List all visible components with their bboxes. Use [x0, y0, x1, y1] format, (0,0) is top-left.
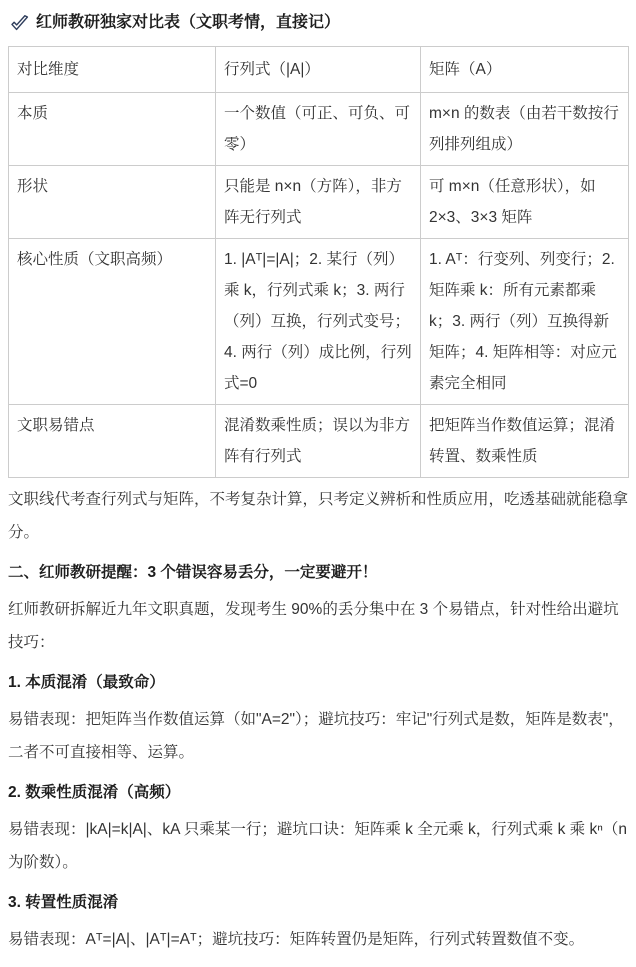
comparison-table: 对比维度 行列式（|A|） 矩阵（A） 本质 一个数值（可正、可负、可零） m×…: [8, 46, 629, 478]
cell-determinant: 1. |Aᵀ|=|A|；2. 某行（列）乘 k，行列式乘 k；3. 两行（列）互…: [216, 239, 421, 405]
row-label: 本质: [9, 93, 216, 166]
table-header-row: 对比维度 行列式（|A|） 矩阵（A）: [9, 47, 629, 93]
mistake-1-body: 易错表现：把矩阵当作数值运算（如"A=2"）；避坑技巧：牢记"行列式是数，矩阵是…: [8, 703, 628, 769]
row-label: 核心性质（文职高频）: [9, 239, 216, 405]
mistake-1-heading: 1. 本质混淆（最致命）: [8, 667, 628, 698]
mistake-2-body: 易错表现：|kA|=k|A|、kA 只乘某一行；避坑口诀：矩阵乘 k 全元乘 k…: [8, 813, 628, 879]
mistake-3-heading: 3. 转置性质混淆: [8, 887, 628, 918]
table-row-common-mistakes: 文职易错点 混淆数乘性质；误以为非方阵有行列式 把矩阵当作数值运算；混淆转置、数…: [9, 405, 629, 478]
cell-determinant: 只能是 n×n（方阵），非方阵无行列式: [216, 166, 421, 239]
cell-matrix: 1. Aᵀ：行变列、列变行；2. 矩阵乘 k：所有元素都乘 k；3. 两行（列）…: [421, 239, 629, 405]
column-header-determinant: 行列式（|A|）: [216, 47, 421, 93]
section-intro: 红师教研拆解近九年文职真题，发现考生 90%的丢分集中在 3 个易错点，针对性给…: [8, 593, 628, 659]
cell-determinant: 一个数值（可正、可负、可零）: [216, 93, 421, 166]
column-header-dimension: 对比维度: [9, 47, 216, 93]
table-row-shape: 形状 只能是 n×n（方阵），非方阵无行列式 可 m×n（任意形状），如 2×3…: [9, 166, 629, 239]
mistake-2-heading: 2. 数乘性质混淆（高频）: [8, 777, 628, 808]
row-label: 文职易错点: [9, 405, 216, 478]
cell-matrix: 可 m×n（任意形状），如 2×3、3×3 矩阵: [421, 166, 629, 239]
document: 红师教研独家对比表（文职考情，直接记） 对比维度 行列式（|A|） 矩阵（A） …: [0, 0, 636, 967]
document-title: 红师教研独家对比表（文职考情，直接记）: [10, 12, 628, 34]
check-icon: [10, 14, 29, 33]
table-note: 文职线代考查行列式与矩阵，不考复杂计算，只考定义辨析和性质应用，吃透基础就能稳拿…: [8, 483, 628, 549]
document-title-text: 红师教研独家对比表（文职考情，直接记）: [36, 12, 340, 34]
table-row-core-properties: 核心性质（文职高频） 1. |Aᵀ|=|A|；2. 某行（列）乘 k，行列式乘 …: [9, 239, 629, 405]
section-heading: 二、红师教研提醒：3 个错误容易丢分，一定要避开！: [8, 557, 628, 588]
column-header-matrix: 矩阵（A）: [421, 47, 629, 93]
mistake-3-body: 易错表现：Aᵀ=|A|、|Aᵀ|=Aᵀ；避坑技巧：矩阵转置仍是矩阵，行列式转置数…: [8, 923, 628, 956]
cell-determinant: 混淆数乘性质；误以为非方阵有行列式: [216, 405, 421, 478]
row-label: 形状: [9, 166, 216, 239]
cell-matrix: m×n 的数表（由若干数按行列排列组成）: [421, 93, 629, 166]
cell-matrix: 把矩阵当作数值运算；混淆转置、数乘性质: [421, 405, 629, 478]
table-row-essence: 本质 一个数值（可正、可负、可零） m×n 的数表（由若干数按行列排列组成）: [9, 93, 629, 166]
